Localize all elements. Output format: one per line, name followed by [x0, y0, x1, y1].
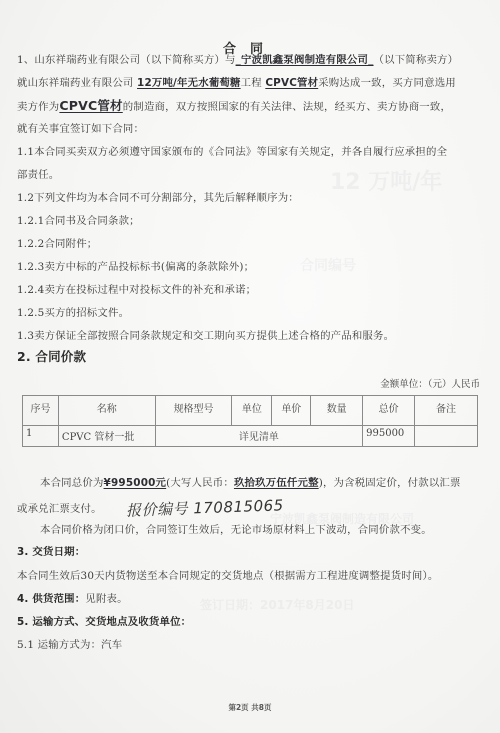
row-no: 1 [23, 426, 59, 447]
table-row: 1 CPVC 管材一批 详见清单 995000 [23, 426, 478, 447]
product-name: CPVC管材 [265, 77, 318, 89]
clause-1-1-cont: 部责任。 [17, 168, 59, 182]
show-through-watermark: 合同编号 [300, 255, 356, 275]
row-total: 995000 [363, 426, 415, 447]
clause-1-2-4: 1.2.4卖方在投标过程中对投标文件的补充和承诺； [17, 283, 256, 297]
clause-1-2: 1.2下列文件均为本合同不可分割部分，其先后解释顺序为： [17, 191, 299, 205]
total-price-line: 本合同总价为¥995000元(大写人民币：玖拾玖万伍仟元整)，为含税固定价，付款… [40, 476, 461, 490]
header-cell: 单位 [232, 396, 272, 426]
header-cell: 规格型号 [155, 396, 232, 426]
paragraph-1-line-1: 1、山东祥瑞药业有限公司（以下简称买方）与_宁波凯鑫泵阀制造有限公司_（以下简称… [17, 53, 458, 67]
section-2-heading: 2. 合同价款 [17, 350, 86, 364]
handwritten-quote-number: 报价编号 170815065 [126, 494, 284, 520]
header-cell: 数量 [311, 396, 363, 426]
paragraph-1-line-3: 卖方作为CPVC管材的制造商，双方按照国家的有关法律、法规，经买方、卖方协商一致… [17, 99, 451, 114]
table-header-row: 序号 名称 规格型号 单位 单价 数量 总价 备注 [23, 396, 478, 426]
clause-1-2-5: 1.2.5买方的招标文件。 [17, 306, 129, 320]
product-name-emphasis: CPVC管材 [59, 98, 122, 113]
row-detail: 详见清单 [155, 426, 362, 447]
show-through-watermark: 12 万吨/年 [330, 165, 442, 196]
total-amount: ¥995000元 [104, 477, 167, 489]
amount-unit-label: 金额单位：（元）人民币 [380, 376, 480, 390]
paragraph-1-line-2: 就山东祥瑞药业有限公司 12万吨/年无水葡萄糖工程 CPVC管材采购达成一致，买… [17, 76, 456, 90]
clause-1-2-1: 1.2.1合同书及合同条款； [17, 214, 140, 228]
total-amount-words: 玖拾玖万伍仟元整 [234, 477, 319, 489]
header-cell: 名称 [58, 396, 155, 426]
contract-page: 12 万吨/年 合同编号 宁波凯鑫泵阀制造有限公司 签订日期：2017年8月20… [0, 0, 500, 733]
show-through-watermark: 签订日期：2017年8月20日 [200, 596, 354, 613]
section-4: 4. 供货范围：见附表。 [17, 592, 128, 606]
header-cell: 序号 [23, 396, 59, 426]
clause-1-1: 1.1本合同买卖双方必须遵守国家颁布的《合同法》等国家有关规定，并各自履行应承担… [17, 145, 447, 159]
clause-1-2-2: 1.2.2合同附件； [17, 237, 97, 251]
section-3-text: 本合同生效后30天内货物送至本合同规定的交货地点（根据需方工程进度调整提货时间）… [17, 569, 438, 583]
header-cell: 备注 [415, 396, 478, 426]
clause-1-3: 1.3卖方保证全部按照合同条款规定和交工期向买方提供上述合格的产品和服务。 [17, 329, 394, 343]
clause-1-2-3: 1.2.3卖方中标的产品投标标书(偏离的条款除外)； [17, 260, 254, 274]
section-4-heading: 4. 供货范围： [17, 593, 85, 605]
section-5-heading: 5. 运输方式、交货地点及收货单位： [17, 615, 191, 629]
seller-name: _宁波凯鑫泵阀制造有限公司_ [236, 54, 374, 66]
price-table: 序号 名称 规格型号 单位 单价 数量 总价 备注 1 CPVC 管材一批 详见… [22, 395, 478, 447]
payment-method-line: 或承兑汇票支付。 [17, 502, 102, 516]
header-cell: 单价 [272, 396, 311, 426]
header-cell: 总价 [363, 396, 415, 426]
section-3-heading: 3. 交货日期： [17, 545, 85, 559]
row-name: CPVC 管材一批 [58, 426, 155, 447]
row-remark [415, 426, 478, 447]
project-name: 12万吨/年无水葡萄糖 [137, 77, 241, 89]
page-number: 第2页 共8页 [0, 702, 500, 713]
closed-price-clause: 本合同价格为闭口价，合同签订生效后，无论市场原材料上下波动，合同价款不变。 [40, 523, 432, 537]
paragraph-1-line-4: 就有关事宜签订如下合同： [17, 122, 144, 136]
clause-5-1: 5.1 运输方式为：汽车 [17, 638, 122, 652]
